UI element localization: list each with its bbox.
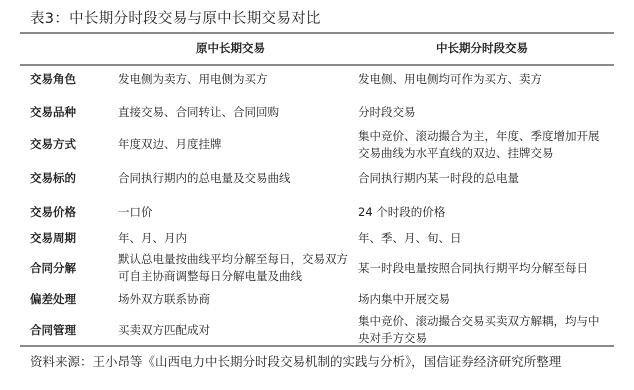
cell-original: 买卖双方匹配成对 [118, 322, 348, 339]
cell-segmented: 集中竞价、滚动撮合为主，年度、季度增加开展交易曲线为水平直线的双边、挂牌交易 [358, 128, 608, 162]
cell-segmented: 集中竞价、滚动撮合交易买卖双方解耦，均与中央对手方交易 [358, 313, 608, 347]
source-note: 资料来源：王小昂等《山西电力中长期分时段交易机制的实践与分析》，国信证券经济研究… [30, 352, 561, 370]
cell-segmented: 24 个时段的价格 [358, 204, 608, 221]
cell-segmented: 年、季、月、旬、日 [358, 230, 608, 247]
row-label: 交易标的 [30, 170, 76, 187]
header-original: 原中长期交易 [196, 40, 265, 56]
header-segmented: 中长期分时段交易 [436, 40, 528, 56]
row-label: 交易价格 [30, 204, 76, 221]
cell-segmented: 合同执行期内某一时段的总电量 [358, 170, 608, 187]
cell-original: 一口价 [118, 204, 348, 221]
bottom-rule [20, 345, 614, 347]
row-label: 交易方式 [30, 136, 76, 153]
row-label: 交易周期 [30, 230, 76, 247]
row-label: 合同分解 [30, 260, 76, 277]
cell-original: 直接交易、合同转让、合同回购 [118, 104, 348, 121]
cell-original: 合同执行期内的总电量及交易曲线 [118, 170, 348, 187]
row-label: 交易品种 [30, 104, 76, 121]
row-label: 合同管理 [30, 322, 76, 339]
cell-segmented: 分时段交易 [358, 104, 608, 121]
table-title: 表3：中长期分时段交易与原中长期交易对比 [30, 7, 321, 28]
cell-segmented: 某一时段电量按照合同执行期平均分解至每日 [358, 260, 608, 277]
cell-original: 年度双边、月度挂牌 [118, 136, 348, 153]
cell-segmented: 场内集中开展交易 [358, 291, 608, 308]
cell-segmented: 发电侧、用电侧均可作为买方、卖方 [358, 71, 608, 88]
top-rule [20, 32, 614, 34]
row-label: 偏差处理 [30, 291, 76, 308]
row-label: 交易角色 [30, 71, 76, 88]
cell-original: 发电侧为卖方、用电侧为买方 [118, 71, 348, 88]
cell-original: 默认总电量按曲线平均分解至每日，交易双方可自主协商调整每日分解电量及曲线 [118, 251, 348, 285]
header-rule [20, 64, 614, 66]
cell-original: 场外双方联系协商 [118, 291, 348, 308]
cell-original: 年、月、月内 [118, 230, 348, 247]
